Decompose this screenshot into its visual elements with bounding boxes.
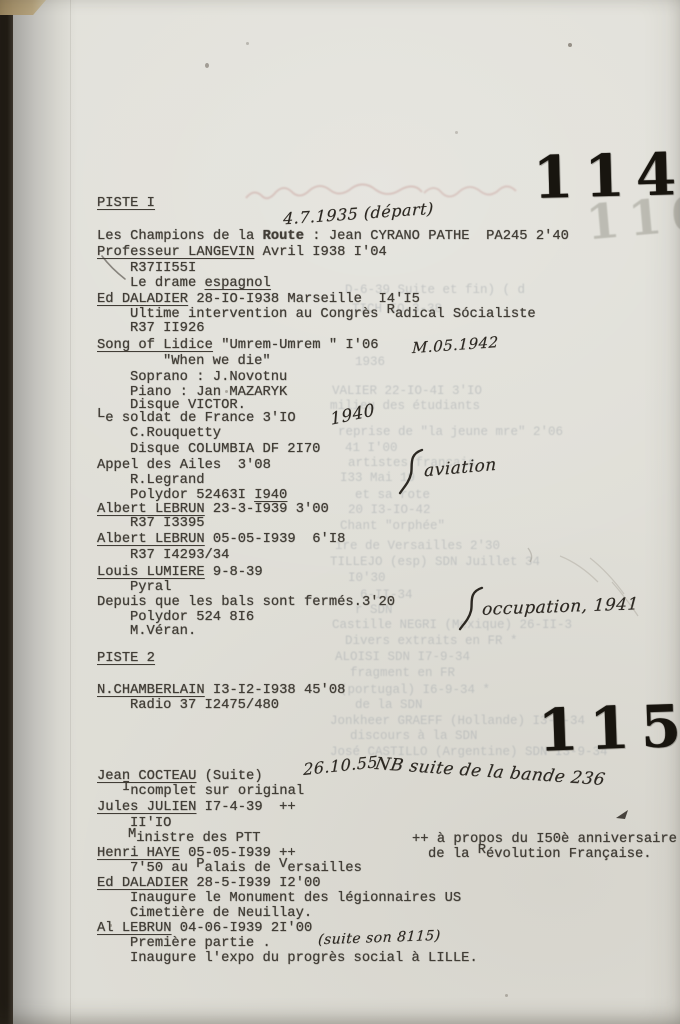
dust-speck — [225, 390, 228, 393]
ghost-text-line: 41 I'00 — [345, 442, 398, 455]
ghost-text-line: Chant "orphée" — [340, 520, 445, 533]
page-edge-line — [70, 0, 71, 1024]
ghost-text-line: 20 I3-IO-42 — [348, 504, 431, 517]
ghost-text-line: fragment en FR — [350, 667, 455, 680]
typed-line: "When we die" — [163, 355, 271, 369]
ghost-text-line: reprise de "la jeune mre" 2'06 — [338, 426, 563, 439]
typed-line: de la Révolution Française. — [428, 848, 652, 862]
dust-speck — [110, 924, 112, 927]
typed-line: C.Rouquetty — [130, 427, 221, 441]
ghost-text-line: VALIER 22-IO-4I 3'IO — [332, 385, 482, 398]
typed-line: Ed DALADIER 28-IO-I938 Marseille I4'I5 — [97, 293, 420, 307]
typed-line: Song of Lidice "Umrem-Umrem " I'06 — [97, 339, 379, 353]
typed-line: 7'50 au Palais de Versailles — [130, 862, 362, 876]
stamp-115-digits: 115 — [537, 692, 680, 765]
typed-line: ++ à propos du I50è anniversaire — [412, 833, 677, 847]
pen-check-mark — [100, 254, 128, 282]
handwritten-brace — [398, 448, 424, 501]
handwritten-annotation: 26.10.55 — [303, 752, 378, 779]
pencil-scratches — [520, 538, 650, 628]
typed-line: Depuis que les bals sont fermés.3'20 — [97, 596, 395, 610]
typed-line: Inaugure l'expo du progrès social à LILL… — [130, 952, 478, 966]
typed-line: Soprano : J.Novotnu — [130, 371, 287, 385]
typed-line: Le soldat de France 3'IO — [97, 412, 296, 426]
typed-line: N.CHAMBERLAIN I3-I2-I938 45'08 — [97, 684, 345, 698]
dust-speck — [455, 131, 458, 134]
typed-line: R37 I4293/34 — [130, 549, 229, 563]
page-number-ghost-116: 116 — [584, 185, 680, 252]
handwritten-brace — [458, 586, 484, 637]
handwritten-annotation: M.05.1942 — [412, 333, 499, 357]
document-photo: D-6-39 Suite et fin) ( dTICH IO-3-381936… — [0, 0, 680, 1024]
ghost-scribble — [420, 181, 520, 203]
handwritten-annotation: (suite son 8115) — [317, 928, 441, 948]
ghost-text-line: TILLEJO (esp) SDN Juillet 34 — [330, 556, 540, 569]
dust-speck — [246, 42, 249, 45]
typewritten-page: D-6-39 Suite et fin) ( dTICH IO-3-381936… — [0, 0, 680, 1024]
typed-line: Disque COLUMBIA DF 2I70 — [130, 443, 320, 457]
typed-line: Ministre des PTT — [128, 832, 260, 846]
typed-line: R37II55I — [130, 262, 196, 276]
ghost-text-line: de la SDN — [355, 699, 423, 712]
typed-line: R.Legrand — [130, 474, 205, 488]
typed-line: Al LEBRUN 04-06-I939 2I'00 — [97, 922, 312, 936]
typed-line: R37 II926 — [130, 322, 205, 336]
typed-line: Première partie . — [130, 937, 271, 951]
typed-line: Polydor 524 8I6 — [130, 611, 254, 625]
typed-line: Ed DALADIER 28-5-I939 I2'00 — [97, 877, 321, 891]
dust-speck — [505, 994, 508, 997]
typed-line: Incomplet sur original — [122, 785, 304, 799]
ghost-text-line: I0'30 — [348, 572, 386, 585]
typed-line: Albert LEBRUN 05-05-I939 6'I8 — [97, 533, 345, 547]
page-stack-edge — [13, 0, 77, 1024]
typed-line: Les Champions de la Route : Jean CYRANO … — [97, 230, 569, 244]
typed-line: Inaugure le Monument des légionnaires US — [130, 892, 461, 906]
typed-line: Ultime intervention au Congrès Radical S… — [130, 308, 536, 322]
typed-line: R37 I3395 — [130, 517, 205, 531]
ghost-text-line: discours à la SDN — [350, 730, 478, 743]
ghost-scribble — [242, 184, 422, 208]
typed-line: Pyral — [130, 581, 171, 595]
typed-line: Cimetière de Neuillay. — [130, 907, 312, 921]
typed-line: M.Véran. — [130, 625, 196, 639]
ink-tick — [614, 806, 632, 822]
typed-line: Le drame espagnol — [130, 277, 271, 291]
typed-line: Jules JULIEN I7-4-39 ++ — [97, 801, 296, 815]
ghost-text-line: ALOISI SDN I7-9-34 — [335, 651, 470, 664]
typed-line: PISTE I — [97, 197, 155, 211]
ghost-text-line: (portugal) I6-9-34 * — [340, 684, 490, 697]
typed-line: Professeur LANGEVIN Avril I938 I'04 — [97, 246, 387, 260]
typed-line: Polydor 52463I I940 — [130, 489, 287, 503]
typed-line: Radio 37 I2475/480 — [130, 699, 279, 713]
dust-speck — [568, 43, 572, 47]
dust-speck — [205, 63, 209, 68]
typed-line: Appel des Ailes 3'08 — [97, 459, 271, 473]
typed-line: PISTE 2 — [97, 652, 155, 666]
ghost-text-line: ire de Versailles 2'30 — [335, 540, 500, 553]
typed-line: Louis LUMIERE 9-8-39 — [97, 566, 263, 580]
typed-line: Albert LEBRUN 23-3-I939 3'00 — [97, 503, 329, 517]
page-number-stamp-115: 115’ — [537, 691, 680, 765]
book-binding-edge — [0, 0, 13, 1024]
ghost-text-line: Divers extraits en FR * — [345, 635, 518, 648]
ghost-text-line: 1936 — [355, 356, 385, 369]
